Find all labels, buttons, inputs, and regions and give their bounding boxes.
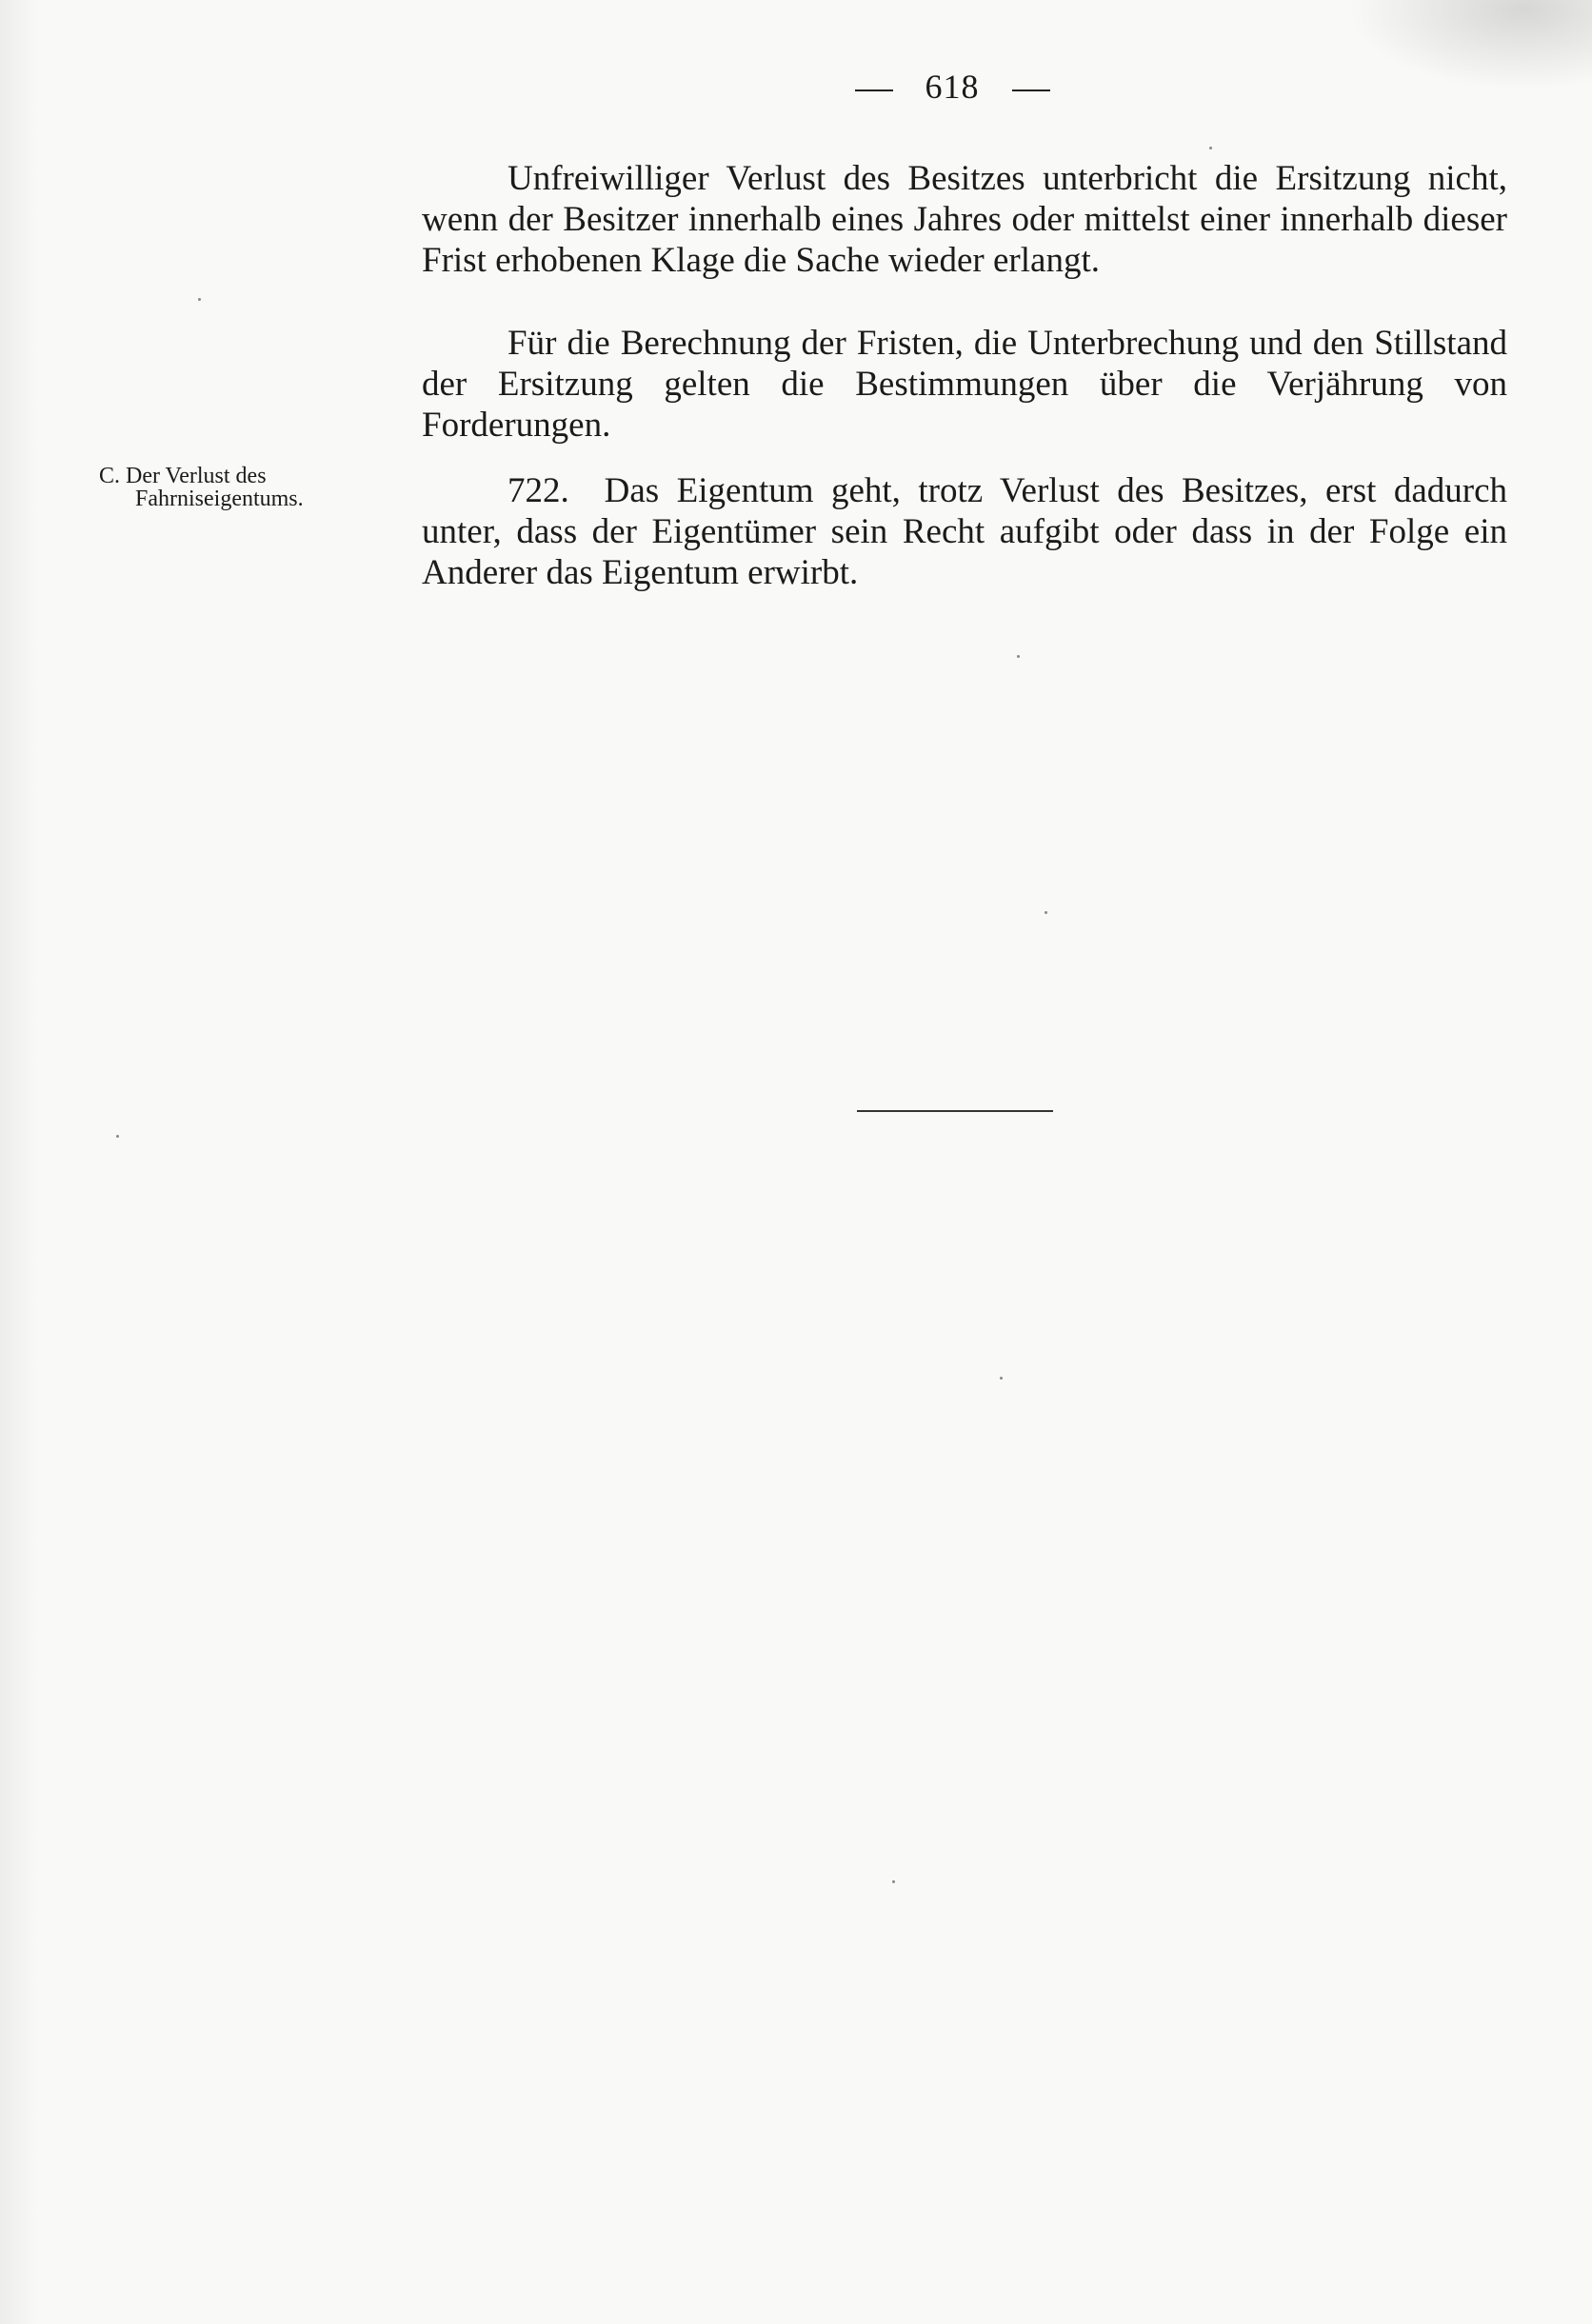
paragraph-fristen-berechnung: Für die Berechnung der Fristen, die Unte… (422, 323, 1507, 446)
dash-right (1012, 89, 1050, 91)
margin-note-line2: Fahrniseigentums. (99, 487, 413, 510)
paper-speck (1209, 147, 1212, 149)
paper-speck (198, 298, 201, 301)
paper-speck (892, 1880, 895, 1883)
scanned-page: 618 Unfreiwilliger Verlust des Besitzes … (0, 0, 1592, 2324)
paper-speck (1017, 655, 1020, 658)
section-number: 722. (507, 471, 569, 510)
paper-speck (1000, 1377, 1003, 1380)
section-722: 722. Das Eigentum geht, trotz Verlust de… (422, 470, 1507, 593)
margin-note-line1: C. Der Verlust des (99, 464, 267, 488)
body-column-para2: Für die Berechnung der Fristen, die Unte… (422, 323, 1507, 446)
section-text: Das Eigentum geht, trotz Verlust des Bes… (422, 471, 1507, 592)
paper-speck (116, 1135, 119, 1138)
page-number: 618 (925, 68, 980, 106)
paragraph-ersitzung-interruption: Unfreiwilliger Verlust des Besitzes unte… (422, 158, 1507, 281)
dash-left (855, 89, 893, 91)
body-column-para1: Unfreiwilliger Verlust des Besitzes unte… (422, 158, 1507, 281)
margin-note: C. Der Verlust des Fahrniseigentums. (99, 465, 413, 510)
body-column-section-722: 722. Das Eigentum geht, trotz Verlust de… (422, 470, 1507, 593)
end-rule-divider (857, 1110, 1053, 1112)
page-number-header: 618 (0, 67, 1592, 107)
paper-speck (1045, 911, 1047, 914)
